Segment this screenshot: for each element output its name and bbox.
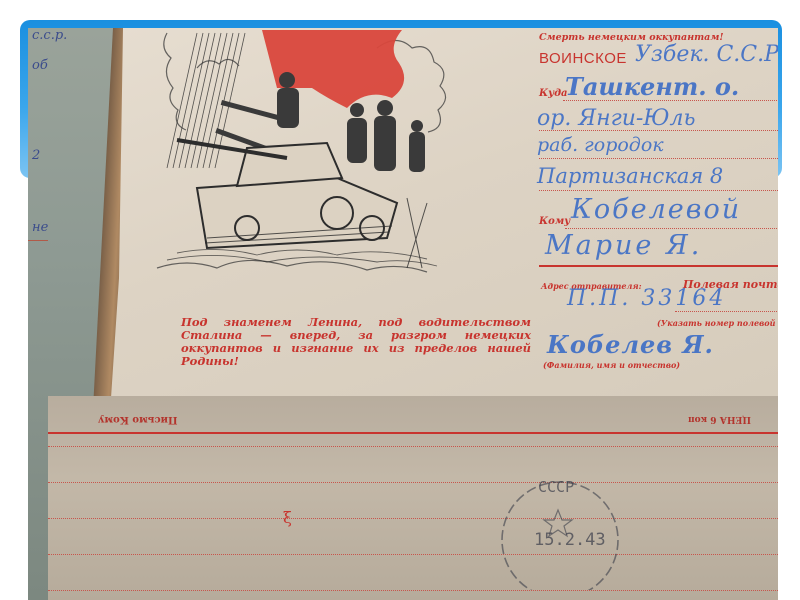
- writing-line: [48, 518, 778, 519]
- field-post-rule: [675, 311, 778, 312]
- handwriting: 2: [32, 148, 40, 163]
- recipient-line: Марие Я.: [545, 230, 702, 261]
- postmark-country: СССР: [538, 478, 574, 496]
- slogan-bottom: Под знаменем Ленина, под водительством С…: [181, 316, 531, 368]
- letter-photo: с.с.р. об 2 не: [28, 28, 778, 600]
- address-form: Смерть немецким оккупантам! ВОИНСКОЕ Узб…: [537, 28, 778, 398]
- address-divider: [539, 265, 778, 267]
- address-rule: [539, 158, 778, 159]
- printed-title-inverted: Письмо Кому: [98, 414, 177, 425]
- tank-illustration: [137, 28, 467, 293]
- address-rule: [563, 100, 778, 101]
- address-line: Ташкент. о.: [565, 72, 739, 101]
- writing-line: [48, 446, 778, 447]
- field-post-hint: (Указать номер полевой почты): [657, 318, 778, 328]
- address-line: Узбек. С.С.Р.: [635, 42, 778, 67]
- handwriting: с.с.р.: [32, 28, 67, 43]
- red-mark: ξ: [283, 508, 292, 527]
- letter-lower-flap: Письмо Кому ЦЕНА 6 коп ξ: [48, 396, 778, 600]
- address-rule: [565, 228, 778, 229]
- address-line: раб. городок: [537, 134, 664, 156]
- address-line: ор. Янги-Юль: [537, 106, 696, 131]
- address-line: Партизанская 8: [537, 164, 723, 188]
- recipient-line: Кобелевой: [571, 194, 741, 225]
- background-rule: [28, 240, 48, 241]
- postmark: СССР 15.2.43: [480, 470, 630, 590]
- sender-name: Кобелев Я.: [547, 330, 714, 359]
- writing-line: [48, 590, 778, 591]
- writing-line: [48, 482, 778, 483]
- header-printed: ВОИНСКОЕ: [539, 50, 627, 67]
- printed-price-inverted: ЦЕНА 6 коп: [688, 414, 751, 424]
- writing-line: [48, 554, 778, 555]
- flap-divider: [48, 432, 778, 434]
- where-label: Куда: [539, 88, 568, 99]
- address-rule: [539, 130, 778, 131]
- sender-name-hint: (Фамилия, имя и отчество): [543, 360, 680, 370]
- handwriting: не: [32, 220, 48, 235]
- address-rule: [539, 190, 778, 191]
- field-post-number: П.П. 33164: [567, 286, 726, 311]
- letter-front: Под знаменем Ленина, под водительством С…: [111, 28, 778, 398]
- postmark-date: 15.2.43: [534, 530, 606, 550]
- to-label: Кому: [539, 216, 570, 227]
- handwriting: об: [32, 58, 48, 73]
